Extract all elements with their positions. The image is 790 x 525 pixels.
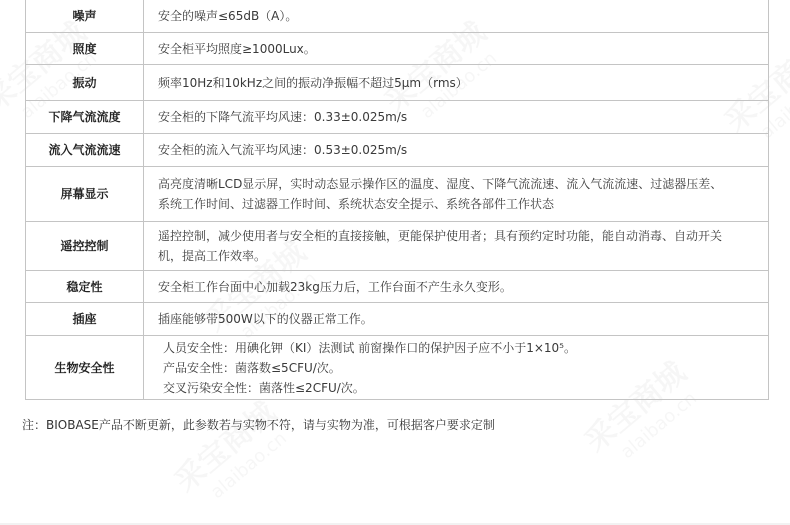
row-value: 高亮度清晰LCD显示屏，实时动态显示操作区的温度、湿度、下降气流流速、流入气流流… [144,167,769,222]
row-value: 安全柜的下降气流平均风速：0.33±0.025m/s [144,101,769,134]
row-value: 遥控控制，减少使用者与安全柜的直接接触，更能保护使用者；具有预约定时功能，能自动… [144,222,769,271]
row-label: 遥控控制 [26,222,144,271]
table-row: 插座 插座能够带500W以下的仪器正常工作。 [26,303,769,336]
row-value: 频率10Hz和10kHz之间的振动净振幅不超过5μm（rms） [144,65,769,101]
row-value: 人员安全性：用碘化钾（KI）法测试 前窗操作口的保护因子应不小于1×10⁵。 产… [144,336,769,400]
table-row: 流入气流流速 安全柜的流入气流平均风速：0.53±0.025m/s [26,134,769,167]
row-label: 下降气流流度 [26,101,144,134]
watermark: 采宝商城alaibao.cn [163,389,297,516]
table-row: 生物安全性 人员安全性：用碘化钾（KI）法测试 前窗操作口的保护因子应不小于1×… [26,336,769,400]
row-label: 振动 [26,65,144,101]
table-row: 照度 安全柜平均照度≥1000Lux。 [26,33,769,65]
row-value: 安全柜工作台面中心加载23kg压力后，工作台面不产生永久变形。 [144,271,769,303]
row-label: 稳定性 [26,271,144,303]
row-value: 安全柜的流入气流平均风速：0.53±0.025m/s [144,134,769,167]
table-row: 下降气流流度 安全柜的下降气流平均风速：0.33±0.025m/s [26,101,769,134]
row-value: 安全的噪声≤65dB（A）。 [144,0,769,33]
row-value: 安全柜平均照度≥1000Lux。 [144,33,769,65]
table-row: 振动 频率10Hz和10kHz之间的振动净振幅不超过5μm（rms） [26,65,769,101]
table-row: 噪声 安全的噪声≤65dB（A）。 [26,0,769,33]
row-label: 噪声 [26,0,144,33]
disclaimer-note: 注：BIOBASE产品不断更新，此参数若与实物不符，请与实物为准，可根据客户要求… [22,415,495,435]
row-label: 生物安全性 [26,336,144,400]
row-label: 流入气流流速 [26,134,144,167]
row-value: 插座能够带500W以下的仪器正常工作。 [144,303,769,336]
table-row: 屏幕显示 高亮度清晰LCD显示屏，实时动态显示操作区的温度、湿度、下降气流流速、… [26,167,769,222]
row-label: 照度 [26,33,144,65]
row-label: 屏幕显示 [26,167,144,222]
table-row: 稳定性 安全柜工作台面中心加载23kg压力后，工作台面不产生永久变形。 [26,271,769,303]
row-label: 插座 [26,303,144,336]
table-row: 遥控控制 遥控控制，减少使用者与安全柜的直接接触，更能保护使用者；具有预约定时功… [26,222,769,271]
spec-table: 噪声 安全的噪声≤65dB（A）。 照度 安全柜平均照度≥1000Lux。 振动… [25,0,769,400]
